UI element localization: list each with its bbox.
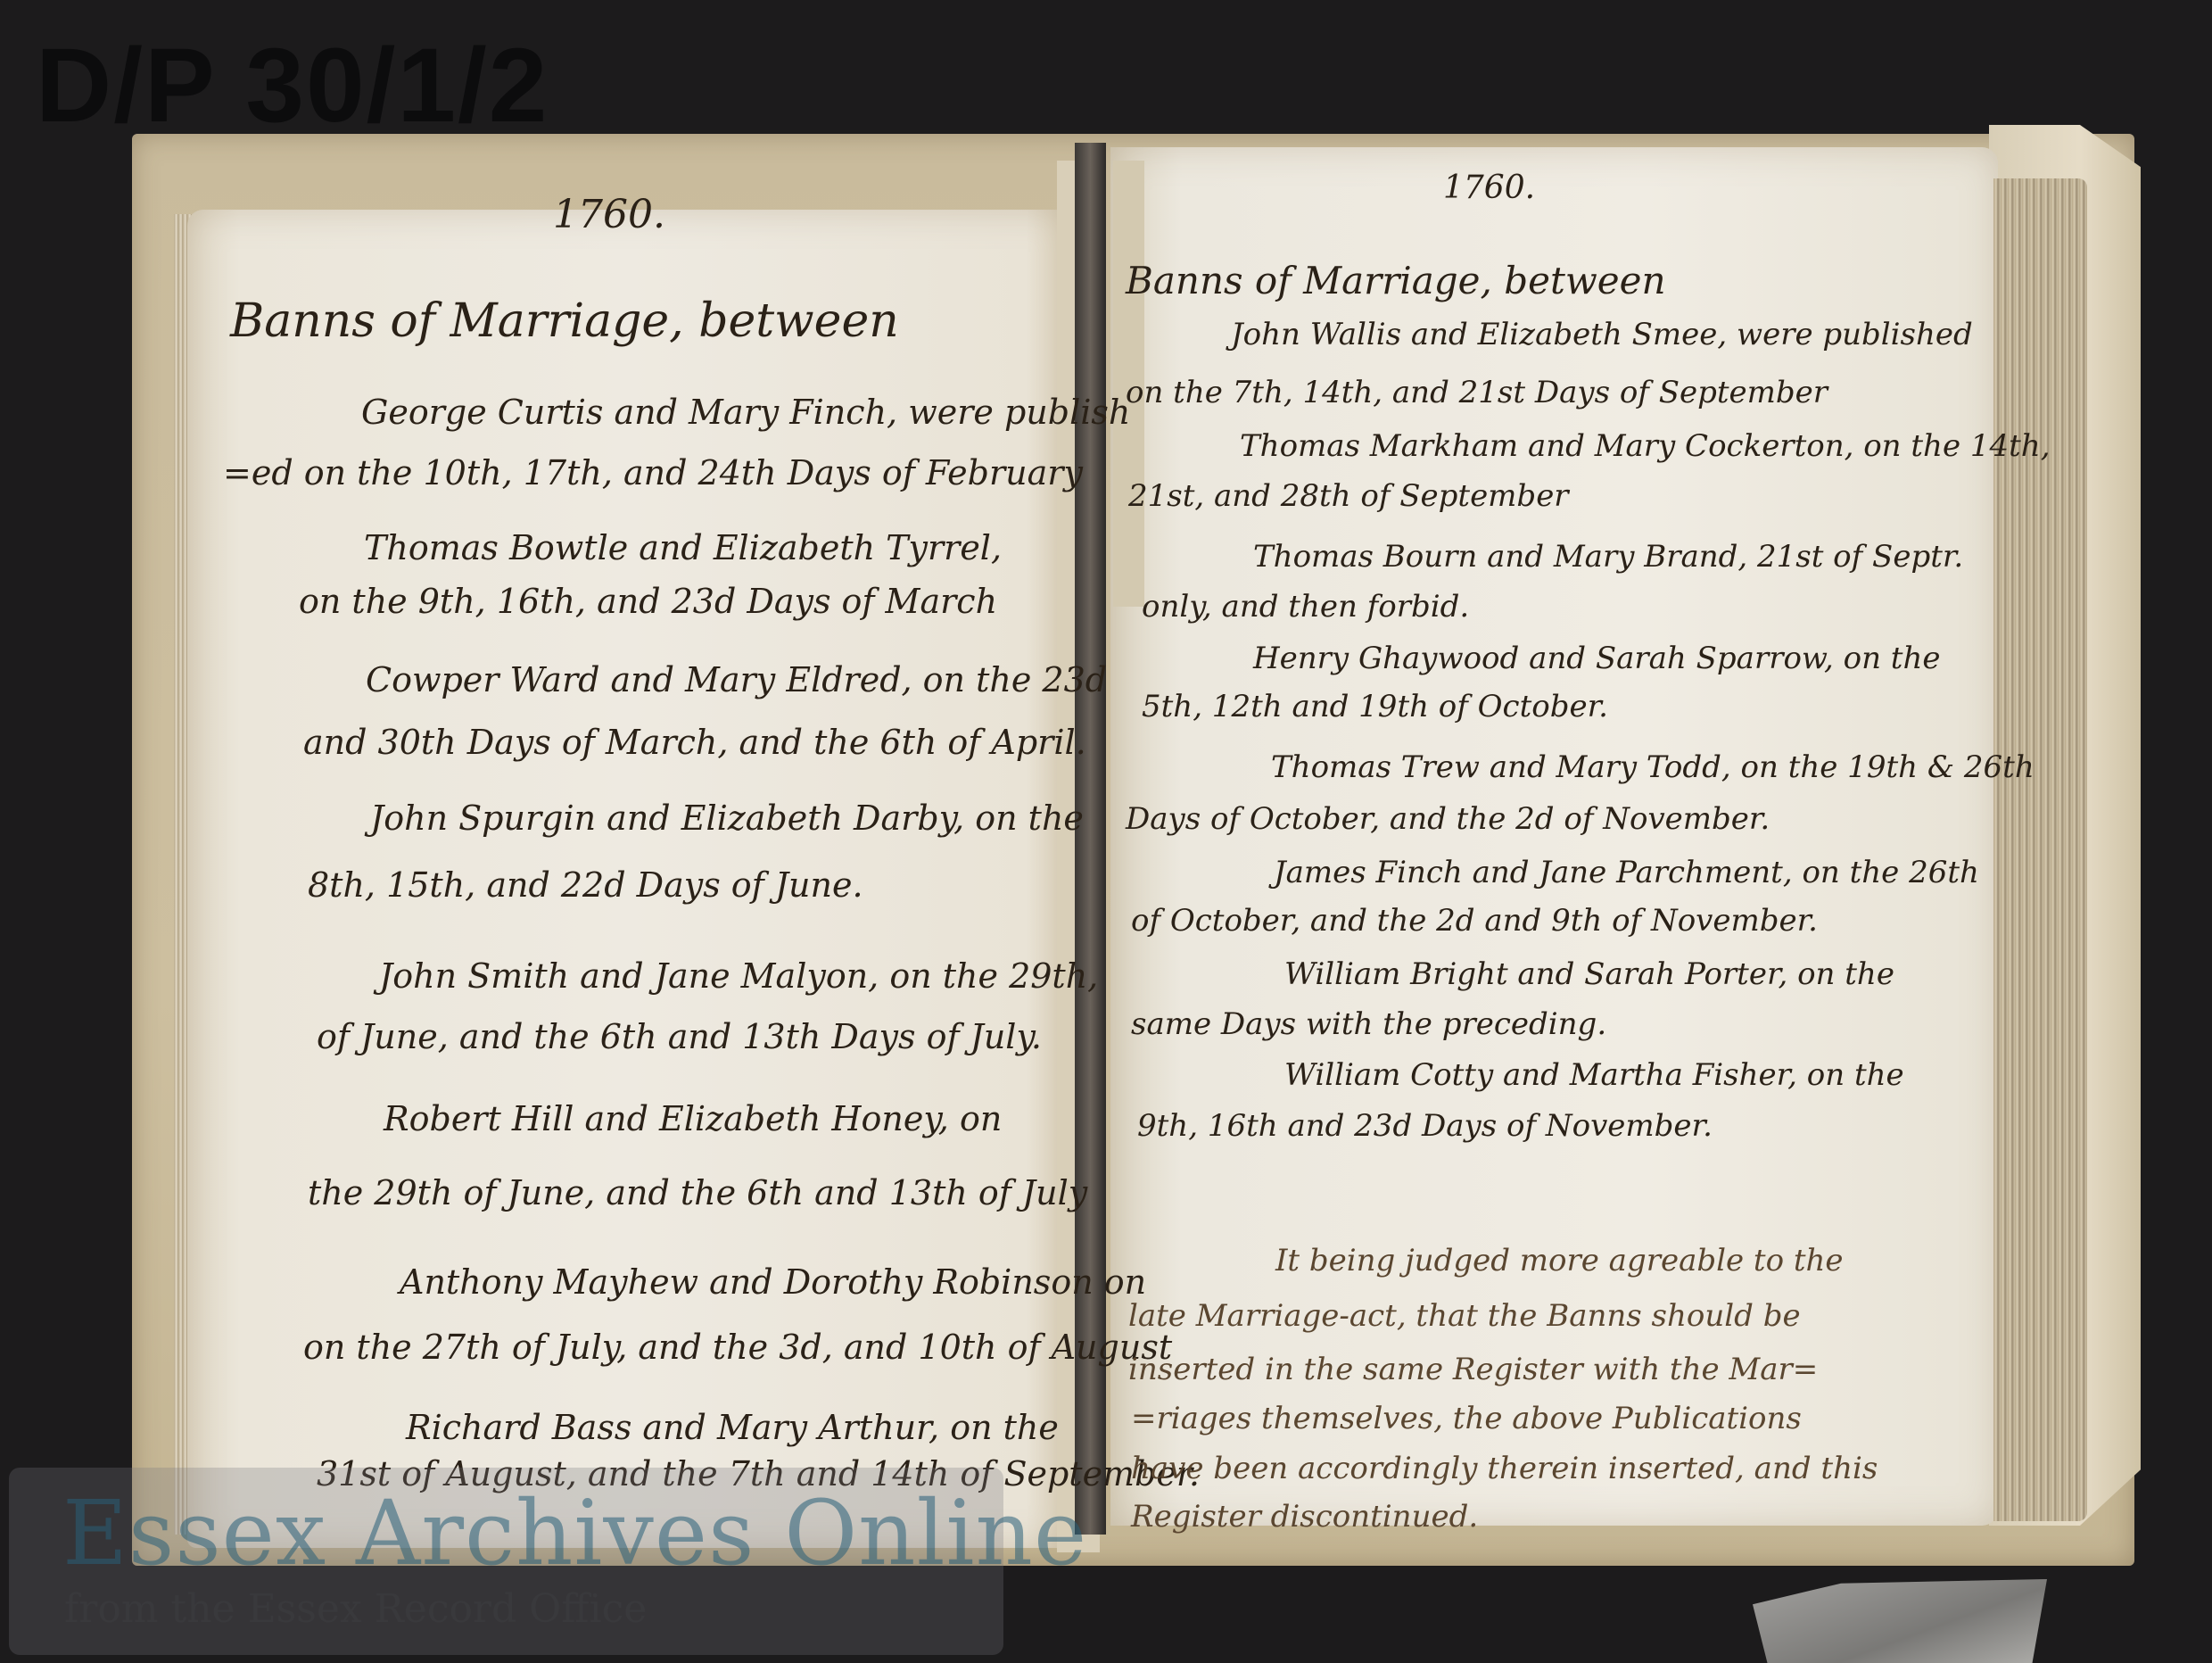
watermark-subtitle: from the Essex Record Office [64,1586,647,1632]
note-line: It being judged more agreable to the [1275,1243,1844,1278]
note-line: late Marriage-act, that the Banns should… [1128,1298,1801,1334]
note-line: =riages themselves, the above Publicatio… [1131,1401,1802,1436]
note-line: inserted in the same Register with the M… [1128,1352,1818,1387]
entry-line: 9th, 16th and 23d Days of November. [1137,1108,1713,1144]
entry-line: William Cotty and Martha Fisher, on the [1284,1057,1904,1093]
entry-line: on the 9th, 16th, and 23d Days of March [299,582,997,621]
entry-line: Thomas Bowtle and Elizabeth Tyrrel, [364,528,1002,567]
right-page-heading: Banns of Marriage, between [1126,259,1666,302]
entry-line: Richard Bass and Mary Arthur, on the [406,1408,1059,1447]
entry-line: of October, and the 2d and 9th of Novemb… [1131,903,1818,939]
entry-line: Thomas Markham and Mary Cockerton, on th… [1240,428,2051,464]
left-page-heading: Banns of Marriage, between [230,294,899,348]
entry-line: George Curtis and Mary Finch, were publi… [361,393,1130,432]
entry-line: Thomas Bourn and Mary Brand, 21st of Sep… [1253,539,1963,575]
left-page-year: 1760. [553,192,665,237]
entry-line: John Smith and Jane Malyon, on the 29th, [379,956,1098,996]
entry-line: on the 7th, 14th, and 21st Days of Septe… [1126,375,1828,410]
entry-line: 5th, 12th and 19th of October. [1142,689,1608,724]
entry-line: only, and then forbid. [1142,589,1469,625]
note-line: have been accordingly therein inserted, … [1131,1451,1878,1486]
entry-line: on the 27th of July, and the 3d, and 10t… [303,1328,1172,1367]
entry-line: Thomas Trew and Mary Todd, on the 19th &… [1271,749,2035,785]
tie-ribbon [1753,1579,2047,1663]
entry-line: =ed on the 10th, 17th, and 24th Days of … [223,453,1083,492]
archive-reference-label: D/P 30/1/2 [36,25,549,146]
entry-line: Days of October, and the 2d of November. [1126,801,1770,837]
entry-line: Anthony Mayhew and Dorothy Robinson on [400,1262,1146,1302]
entry-line: John Wallis and Elizabeth Smee, were pub… [1231,317,1973,352]
entry-line: same Days with the preceding. [1131,1006,1606,1042]
right-page-year: 1760. [1443,170,1535,206]
entry-line: 8th, 15th, and 22d Days of June. [308,865,863,905]
entry-line: of June, and the 6th and 13th Days of Ju… [317,1017,1042,1056]
entry-line: Robert Hill and Elizabeth Honey, on [384,1099,1002,1138]
book-spine [1075,143,1106,1535]
entry-line: James Finch and Jane Parchment, on the 2… [1274,855,1979,890]
entry-line: 21st, and 28th of September [1128,478,1569,514]
right-page-edges [1993,178,2087,1521]
entry-line: Cowper Ward and Mary Eldred, on the 23d [366,660,1107,699]
watermark-title: Essex Archives Online [62,1481,1087,1585]
entry-line: William Bright and Sarah Porter, on the [1284,956,1894,992]
entry-line: Henry Ghaywood and Sarah Sparrow, on the [1253,641,1940,676]
entry-line: John Spurgin and Elizabeth Darby, on the [370,798,1084,838]
entry-line: and 30th Days of March, and the 6th of A… [303,723,1086,762]
entry-line: the 29th of June, and the 6th and 13th o… [308,1173,1087,1212]
note-line: Register discontinued. [1131,1499,1478,1535]
